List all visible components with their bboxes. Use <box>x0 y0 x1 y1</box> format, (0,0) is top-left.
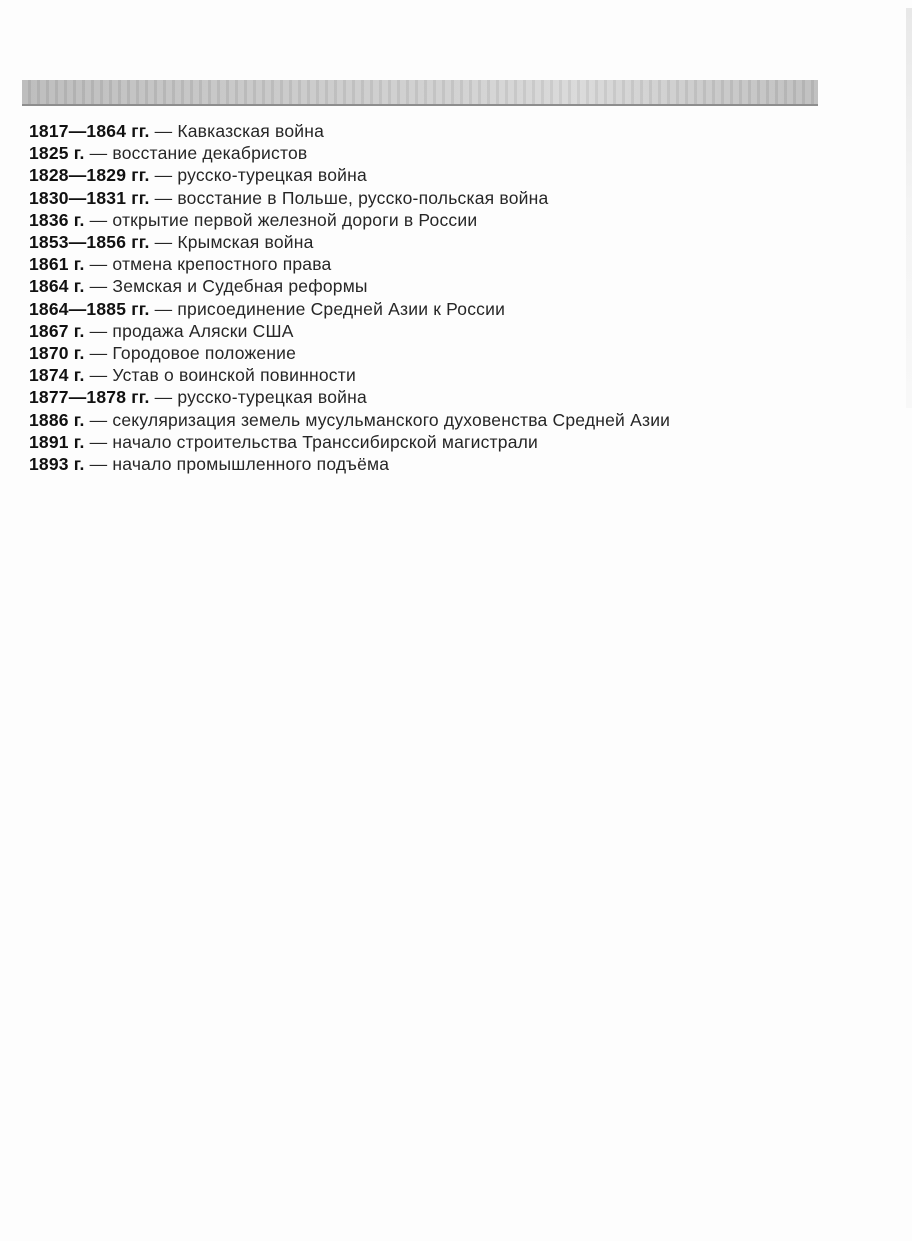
event-date: 1893 г. <box>29 454 85 474</box>
chronology-item: 1853—1856 гг. — Крымская война <box>29 231 789 253</box>
dash-separator: — <box>150 299 178 319</box>
event-text: начало промышленного подъёма <box>112 454 389 474</box>
chronology-list: 1817—1864 гг. — Кавказская война 1825 г.… <box>29 120 789 475</box>
event-text: отмена крепостного права <box>112 254 331 274</box>
dash-separator: — <box>150 387 178 407</box>
chronology-item: 1867 г. — продажа Аляски США <box>29 320 789 342</box>
chronology-item: 1893 г. — начало промышленного подъёма <box>29 453 789 475</box>
event-text: Кавказская война <box>177 121 324 141</box>
event-date: 1825 г. <box>29 143 85 163</box>
dash-separator: — <box>85 276 113 296</box>
dash-separator: — <box>150 121 178 141</box>
event-date: 1864 г. <box>29 276 85 296</box>
event-date: 1867 г. <box>29 321 85 341</box>
chronology-item: 1817—1864 гг. — Кавказская война <box>29 120 789 142</box>
chronology-item: 1891 г. — начало строительства Транссиби… <box>29 431 789 453</box>
header-decorative-band <box>22 80 818 106</box>
event-text: продажа Аляски США <box>112 321 293 341</box>
event-date: 1886 г. <box>29 410 85 430</box>
dash-separator: — <box>85 321 113 341</box>
event-date: 1877—1878 гг. <box>29 387 150 407</box>
chronology-item: 1864 г. — Земская и Судебная реформы <box>29 275 789 297</box>
chronology-item: 1864—1885 гг. — присоединение Средней Аз… <box>29 298 789 320</box>
event-date: 1874 г. <box>29 365 85 385</box>
event-date: 1828—1829 гг. <box>29 165 150 185</box>
dash-separator: — <box>85 143 113 163</box>
event-text: восстание декабристов <box>112 143 307 163</box>
dash-separator: — <box>150 188 178 208</box>
event-text: секуляризация земель мусульманского духо… <box>112 410 670 430</box>
chronology-item: 1870 г. — Городовое положение <box>29 342 789 364</box>
event-text: русско-турецкая война <box>177 165 367 185</box>
event-text: присоединение Средней Азии к России <box>177 299 505 319</box>
event-date: 1864—1885 гг. <box>29 299 150 319</box>
event-date: 1830—1831 гг. <box>29 188 150 208</box>
chronology-item: 1828—1829 гг. — русско-турецкая война <box>29 164 789 186</box>
chronology-item: 1830—1831 гг. — восстание в Польше, русс… <box>29 187 789 209</box>
dash-separator: — <box>85 410 113 430</box>
event-date: 1853—1856 гг. <box>29 232 150 252</box>
dash-separator: — <box>150 232 178 252</box>
event-date: 1870 г. <box>29 343 85 363</box>
event-text: Устав о воинской повинности <box>112 365 356 385</box>
event-text: начало строительства Транссибирской маги… <box>112 432 538 452</box>
event-date: 1891 г. <box>29 432 85 452</box>
dash-separator: — <box>85 432 113 452</box>
chronology-item: 1886 г. — секуляризация земель мусульман… <box>29 409 789 431</box>
dash-separator: — <box>85 210 113 230</box>
event-date: 1817—1864 гг. <box>29 121 150 141</box>
chronology-item: 1836 г. — открытие первой железной дорог… <box>29 209 789 231</box>
event-text: восстание в Польше, русско-польская войн… <box>177 188 548 208</box>
dash-separator: — <box>85 254 113 274</box>
dash-separator: — <box>85 454 113 474</box>
dash-separator: — <box>85 343 113 363</box>
chronology-item: 1861 г. — отмена крепостного права <box>29 253 789 275</box>
event-text: русско-турецкая война <box>177 387 367 407</box>
chronology-item: 1877—1878 гг. — русско-турецкая война <box>29 386 789 408</box>
page-edge-shadow <box>906 8 912 408</box>
chronology-item: 1874 г. — Устав о воинской повинности <box>29 364 789 386</box>
event-text: Крымская война <box>177 232 313 252</box>
dash-separator: — <box>150 165 178 185</box>
dash-separator: — <box>85 365 113 385</box>
event-date: 1861 г. <box>29 254 85 274</box>
event-date: 1836 г. <box>29 210 85 230</box>
chronology-item: 1825 г. — восстание декабристов <box>29 142 789 164</box>
event-text: Земская и Судебная реформы <box>112 276 367 296</box>
event-text: Городовое положение <box>112 343 296 363</box>
event-text: открытие первой железной дороги в России <box>112 210 477 230</box>
